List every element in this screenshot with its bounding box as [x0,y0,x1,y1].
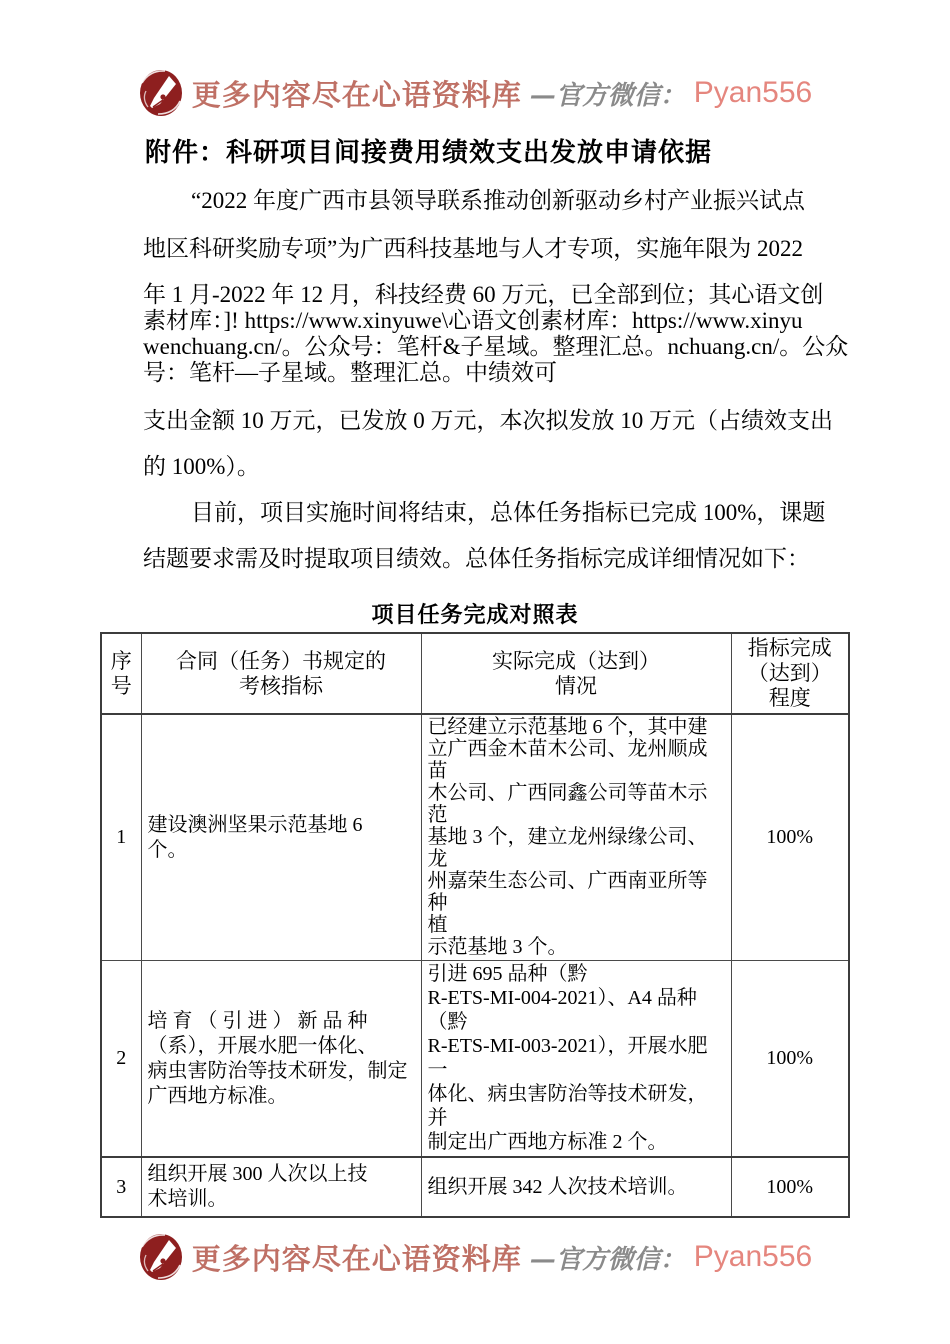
cell-contract-indicator: 建设澳洲坚果示范基地 6 个。 [141,714,421,961]
header-banner: 更多内容尽在心语资料库 —官方微信： Pyan556 [0,0,950,122]
document-page: 更多内容尽在心语资料库 —官方微信： Pyan556 附件：科研项目间接费用绩效… [0,0,950,1344]
table-row: 1 建设澳洲坚果示范基地 6 个。 已经建立示范基地 6 个，其中建 立广西金木… [101,714,849,961]
pen-nib-logo-icon [138,67,184,119]
paragraph-completion-status: 目前，项目实施时间将结束，总体任务指标已完成 100%，课题 结题要求需及时提取… [143,490,950,582]
paragraph-payout-amount: 支出金额 10 万元，已发放 0 万元，本次拟发放 10 万元（占绩效支出 的 … [143,398,950,490]
table-title: 项目任务完成对照表 [0,598,950,629]
paragraph-funding-watermark: 年 1 月-2022 年 12 月，科技经费 60 万元，已全部到位；其心语文创… [143,282,950,386]
page-title: 附件：科研项目间接费用绩效支出发放申请依据 [145,132,950,169]
table-row: 3 组织开展 300 人次以上技 术培训。 组织开展 342 人次技术培训。 1… [101,1157,849,1217]
pen-nib-logo-icon [138,1231,184,1283]
cell-actual-completion: 引进 695 品种（黔 R-ETS-MI-004-2021）、A4 品种 （黔 … [421,961,731,1158]
cell-contract-indicator: 培 育 （ 引 进 ） 新 品 种 （系），开展水肥一体化、 病虫害防治等技术研… [141,961,421,1158]
header-actual-completion: 实际完成（达到） 情况 [421,633,731,714]
banner-wechat-id: Pyan556 [694,76,812,110]
task-completion-table: 序号 合同（任务）书规定的 考核指标 实际完成（达到） 情况 指标完成 （达到）… [100,632,850,1218]
banner-text: 更多内容尽在心语资料库 [192,73,522,114]
cell-completion-degree: 100% [731,1157,849,1217]
banner-separator-text: —官方微信： [530,1239,686,1276]
header-serial-number: 序号 [101,633,141,714]
table-row: 2 培 育 （ 引 进 ） 新 品 种 （系），开展水肥一体化、 病虫害防治等技… [101,961,849,1158]
cell-completion-degree: 100% [731,961,849,1158]
cell-serial-number: 2 [101,961,141,1158]
header-completion-degree: 指标完成 （达到） 程度 [731,633,849,714]
cell-contract-indicator: 组织开展 300 人次以上技 术培训。 [141,1157,421,1217]
table-header-row: 序号 合同（任务）书规定的 考核指标 实际完成（达到） 情况 指标完成 （达到）… [101,633,849,714]
cell-completion-degree: 100% [731,714,849,961]
banner-text: 更多内容尽在心语资料库 [192,1237,522,1278]
banner-wechat-id: Pyan556 [694,1240,812,1274]
paragraph-project-intro: “2022 年度广西市县领导联系推动创新驱动乡村产业振兴试点 地区科研奖励专项”… [143,177,950,273]
cell-serial-number: 3 [101,1157,141,1217]
cell-actual-completion: 已经建立示范基地 6 个，其中建 立广西金木苗木公司、龙州顺成苗 木公司、广西同… [421,714,731,961]
footer-banner: 更多内容尽在心语资料库 —官方微信： Pyan556 [0,1228,950,1286]
header-contract-indicators: 合同（任务）书规定的 考核指标 [141,633,421,714]
banner-separator-text: —官方微信： [530,75,686,112]
cell-serial-number: 1 [101,714,141,961]
cell-actual-completion: 组织开展 342 人次技术培训。 [421,1157,731,1217]
